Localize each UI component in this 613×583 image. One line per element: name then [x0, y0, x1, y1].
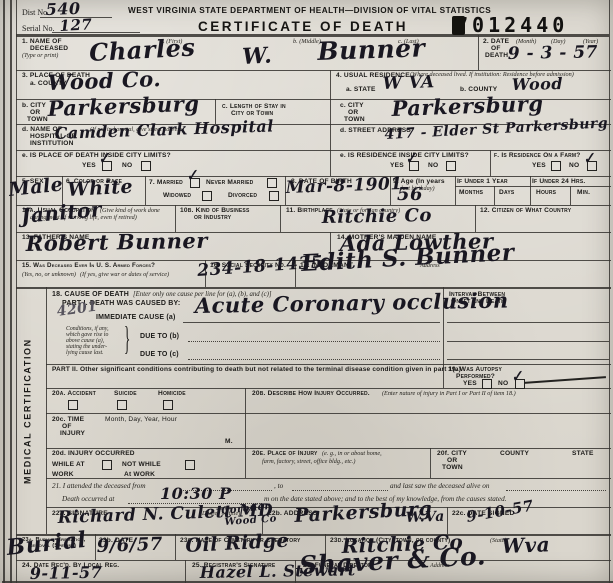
divider-line [10, 0, 12, 583]
divider-line [185, 560, 186, 583]
checkbox-homicide [163, 400, 173, 410]
medical-certification-margin-label: MEDICAL CERTIFICATION [19, 289, 36, 533]
attended-text-1: 21. I attended the deceased from [52, 482, 146, 490]
residence-state-value: W VA [382, 72, 435, 94]
under-24-hrs-label: If Under 24 Hrs. [532, 178, 585, 186]
never-married-label: Never Married [206, 179, 253, 187]
death-occurred-text: Death occurred at [62, 495, 114, 503]
place-limits-no-label: NO [122, 162, 132, 170]
armed-forces-note-2: (If yes, give war or dates of service) [80, 271, 169, 278]
rule-line [46, 388, 611, 389]
days-label: Days [499, 189, 514, 197]
date-received-value: 9-11-57 [30, 563, 103, 583]
injury-state-label: STATE [572, 450, 594, 458]
checkbox-not-while-at-work [185, 460, 195, 470]
middle-name-value: W. [242, 42, 273, 70]
first-name-value: Charles [88, 32, 196, 67]
rule-line [46, 413, 611, 414]
divider-line [494, 186, 495, 205]
divider-line [430, 448, 431, 478]
attended-text-3: and last saw the deceased alive on [390, 482, 489, 490]
min-label: Min. [577, 189, 590, 197]
checkbox-farm-yes [551, 161, 561, 171]
injury-city-label-3: TOWN [442, 464, 463, 472]
certificate-number-stamp: 7012440 [452, 13, 568, 37]
dotted-leader-line [188, 341, 440, 342]
rule-line [16, 205, 611, 206]
rule-line [46, 364, 611, 365]
autopsy-yes-label: YES [463, 380, 477, 388]
time-of-injury-label-3: INJURY [60, 430, 85, 438]
checkbox-while-at-work [102, 460, 112, 470]
divider-line [330, 70, 331, 176]
business-label-2: or Industry [194, 214, 231, 222]
divider-line [280, 205, 281, 232]
divider-line [609, 0, 610, 583]
hospital-value: Camden Clark Hospital [54, 116, 274, 143]
checkbox-divorced [269, 191, 279, 201]
checkbox-accident [68, 400, 78, 410]
residence-city-value: Parkersburg [391, 91, 544, 121]
rule-line [447, 359, 609, 360]
dob-value: Mar-8-1901 [285, 174, 403, 198]
form-title: CERTIFICATE OF DEATH [198, 19, 408, 34]
serial-no-label: Serial No. [22, 24, 54, 33]
burial-date-value: 9/6/57 [96, 534, 163, 557]
checkmark-farm-no: ✓ [581, 150, 596, 168]
divider-line [145, 176, 146, 205]
at-work-label: At WORK [124, 471, 155, 479]
armed-forces-note-1: (Yes, no, or unknown) [22, 271, 76, 278]
certificate-number: 7012440 [456, 13, 568, 37]
homicide-label: Homicide [158, 390, 186, 398]
usual-residence-note: (Where deceased lived. If institution: R… [410, 71, 608, 79]
checkmark-married: ✓ [184, 167, 199, 185]
due-to-b-label: DUE TO (b) [140, 333, 179, 341]
part2-label: PART II. Other significant conditions co… [52, 366, 461, 374]
divider-line [245, 388, 246, 478]
immediate-cause-label: IMMEDIATE CAUSE (a) [96, 314, 176, 322]
occupation-note-1: (Give kind of work done [100, 207, 160, 214]
divorced-label: Divorced [228, 192, 257, 200]
checkbox-autopsy-yes [482, 379, 492, 389]
checkmark-autopsy-no: ✓ [509, 368, 524, 386]
place-city-label-3: TOWN [27, 116, 48, 124]
widowed-label: Widowed [163, 192, 191, 200]
physician-title-2: Wood Co [224, 513, 277, 528]
death-time-value: 10:30 P [160, 484, 232, 503]
physician-address-state: W.Va [405, 509, 445, 526]
cemetery-value: Oil Ridge [185, 530, 290, 557]
serial-no-value: 127 [59, 15, 93, 35]
birthplace-value: Ritchie Co [322, 205, 432, 228]
under-1-year-label: If Under 1 Year [457, 178, 508, 186]
checkbox-widowed [202, 191, 212, 201]
describe-injury-label: 20b. Describe How Injury Occurred. [252, 390, 370, 398]
department-title: WEST VIRGINIA STATE DEPARTMENT OF HEALTH… [128, 6, 491, 15]
work-label: WORK [52, 471, 74, 479]
conditions-brace: } [124, 318, 130, 360]
citizen-label: 12. Citizen of What Country [480, 207, 571, 215]
rule-line [447, 341, 609, 342]
due-to-c-label: DUE TO (c) [140, 351, 179, 359]
death-certificate-scan: Dist No. 540 WEST VIRGINIA STATE DEPARTM… [0, 0, 613, 583]
divider-line [16, 0, 17, 583]
last-name-value: Bunner [317, 33, 426, 66]
conditions-note-5: lying cause last. [66, 350, 104, 356]
autopsy-no-label: NO [498, 380, 508, 388]
divider-line [46, 287, 47, 534]
farm-yes-label: YES [532, 162, 546, 170]
place-county-value: Wood Co. [47, 66, 161, 95]
res-limits-yes-label: YES [390, 162, 404, 170]
rule-line [16, 287, 611, 289]
divider-line [3, 0, 5, 583]
place-limits-yes-label: YES [82, 162, 96, 170]
describe-injury-note: (Enter nature of injury in Part I or Par… [382, 390, 516, 397]
time-of-injury-m-label: M. [225, 438, 233, 446]
farm-no-label: NO [569, 162, 579, 170]
months-label: Months [459, 189, 483, 197]
sex-value: Male [8, 173, 65, 201]
divider-line [478, 35, 479, 70]
rule-line [447, 322, 609, 323]
divider-line [490, 150, 491, 176]
date-of-death-label-3: DEATH [485, 52, 508, 60]
date-of-death-value: 9 - 3 - 57 [508, 42, 598, 64]
res-limits-no-label: NO [428, 162, 438, 170]
checkbox-res-limits-no [446, 161, 456, 171]
residence-state-label: a. STATE [346, 86, 376, 94]
dotted-leader-line [292, 490, 388, 491]
name-label-note: (Type or print) [22, 52, 58, 59]
place-of-injury-label: 20e. Place of Injury [252, 450, 318, 458]
rule-line [455, 186, 611, 187]
burial-value: Burial [5, 527, 87, 561]
farm-label: f. Is Residence On a Farm? [494, 152, 581, 160]
father-value: Robert Bunner [26, 228, 208, 256]
cemetery-state-value: Wva [501, 532, 550, 558]
divider-line [455, 176, 456, 205]
stamp-ink-blob [452, 16, 465, 35]
injury-occurred-label: 20d. INJURY OCCURRED [52, 450, 135, 458]
suicide-label: Suicide [114, 390, 137, 398]
checkbox-never-married [267, 178, 277, 188]
funeral-director-value: Shaver & Co. [298, 541, 486, 580]
occupation-value: Janitor [20, 197, 103, 228]
age-value: 56 [397, 184, 423, 205]
married-label: 7. Married [149, 179, 183, 187]
rule-line [46, 448, 611, 449]
injury-county-label: COUNTY [500, 450, 529, 458]
place-city-value: Parkersburg [47, 91, 200, 121]
dotted-leader-line [506, 490, 606, 491]
hours-label: Hours [536, 189, 556, 197]
residence-city-label-3: TOWN [344, 116, 365, 124]
dotted-leader-line [188, 359, 440, 360]
not-while-label: NOT WHILE [122, 461, 161, 469]
armed-forces-label: 15. Was Deceased Ever In U. S. Armed For… [22, 262, 155, 269]
rule-line [183, 322, 440, 323]
immediate-cause-value: Acute Coronary occlusion [195, 288, 509, 318]
informant-value: Edith S. Bunner [301, 239, 515, 277]
attended-text-2: , to [274, 482, 283, 490]
place-of-injury-note-1: (e. g., in or about home, [322, 450, 382, 457]
time-of-injury-columns-label: Month, Day, Year, Hour [105, 416, 177, 424]
cause-of-death-label: 18. CAUSE OF DEATH [52, 291, 129, 299]
pen-stroke [524, 376, 606, 383]
checkbox-place-limits-no [141, 161, 151, 171]
place-of-injury-note-2: farm, factory, street, office bldg., etc… [262, 458, 355, 465]
checkbox-suicide [117, 400, 127, 410]
divider-line [175, 534, 176, 560]
accident-label: 20a. Accident [52, 390, 96, 398]
divider-line [570, 186, 571, 205]
while-at-label: WHILE AT [52, 461, 85, 469]
divider-line [530, 176, 531, 205]
